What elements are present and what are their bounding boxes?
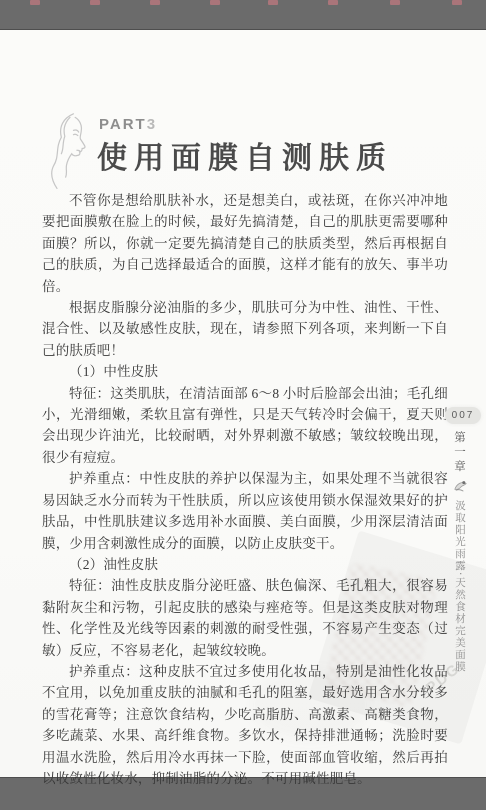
paragraph: 护养重点：这种皮肤不宜过多使用化妆品，特别是油性化妆品不宜用，以免加重皮肤的油腻…: [42, 661, 448, 789]
sprout-icon: [452, 477, 469, 494]
scan-artifact-mark: [90, 0, 100, 5]
page-number-badge: 007: [445, 407, 481, 424]
page-title: 使用面膜自测肤质: [97, 133, 393, 177]
scan-artifact-mark: [30, 0, 40, 5]
scan-artifact-mark: [390, 0, 400, 5]
woman-profile-illustration: [44, 106, 96, 198]
paragraph-section-heading: （2）油性皮肤: [42, 554, 448, 575]
paragraph: 根据皮脂腺分泌油脂的多少，肌肤可分为中性、油性、干性、混合性、以及敏感性皮肤，现…: [42, 297, 448, 361]
scanned-book-page: PDG PART3 使用面膜自测肤质 不管你是想给肌肤补水，还是想美白，或祛斑，…: [0, 0, 486, 810]
scan-artifact-mark: [268, 0, 278, 5]
scan-artifact-mark: [452, 0, 462, 5]
scan-artifact-mark: [328, 0, 338, 5]
part-label: PART3: [99, 116, 157, 133]
part-number: 3: [147, 116, 157, 133]
part-word: PART: [99, 116, 147, 133]
paragraph: 护养重点：中性皮肤的养护以保湿为主，如果处理不当就很容易因缺乏水分而转为干性肤质…: [42, 468, 448, 554]
chapter-label: 第一章: [452, 431, 468, 475]
scan-artifact-mark: [150, 0, 160, 5]
body-text: 不管你是想给肌肤补水，还是想美白，或祛斑，在你兴冲冲地要把面膜敷在脸上的时候，最…: [42, 190, 448, 789]
chapter-title-vertical: 汲取阳光雨露·天然食材完美面膜: [453, 500, 468, 688]
book-page: PDG PART3 使用面膜自测肤质 不管你是想给肌肤补水，还是想美白，或祛斑，…: [0, 30, 486, 777]
paragraph: 不管你是想给肌肤补水，还是想美白，或祛斑，在你兴冲冲地要把面膜敷在脸上的时候，最…: [42, 190, 448, 297]
paragraph: 特征：油性皮肤皮脂分泌旺盛、肤色偏深、毛孔粗大，很容易黏附灰尘和污物，引起皮肤的…: [42, 575, 448, 661]
scan-artifact-mark: [210, 0, 220, 5]
paragraph-section-heading: （1）中性皮肤: [42, 361, 448, 382]
paragraph: 特征：这类肌肤，在清洁面部 6～8 小时后脸部会出油；毛孔细小，光滑细嫩，柔软且…: [42, 383, 448, 469]
